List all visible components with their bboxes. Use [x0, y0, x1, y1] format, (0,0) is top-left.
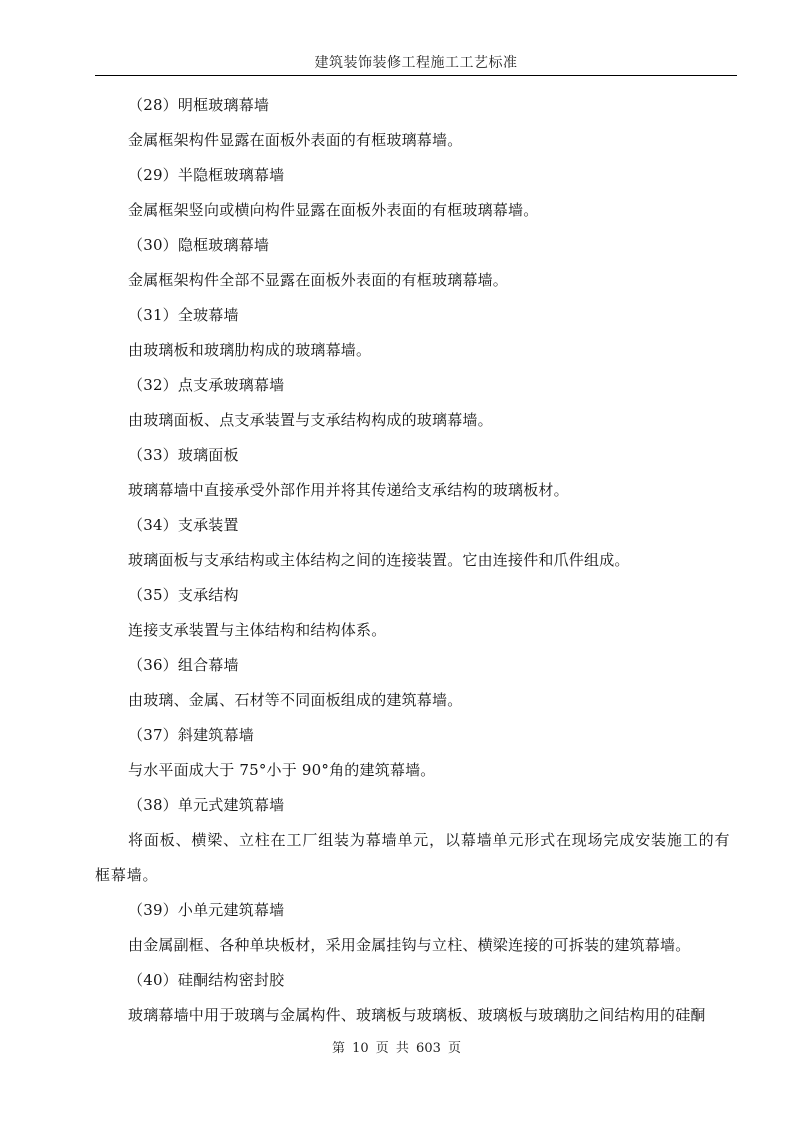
term-heading-40: （40）硅酮结构密封胶	[95, 963, 737, 998]
term-heading-37: （37）斜建筑幕墙	[95, 718, 737, 753]
term-definition-28: 金属框架构件显露在面板外表面的有框玻璃幕墙。	[95, 123, 737, 158]
term-heading-29: （29）半隐框玻璃幕墙	[95, 158, 737, 193]
term-heading-33: （33）玻璃面板	[95, 438, 737, 473]
term-definition-39: 由金属副框、各种单块板材，采用金属挂钩与立柱、横梁连接的可拆装的建筑幕墙。	[95, 928, 737, 963]
term-heading-38: （38）单元式建筑幕墙	[95, 788, 737, 823]
term-heading-36: （36）组合幕墙	[95, 648, 737, 683]
term-heading-31: （31）全玻幕墙	[95, 298, 737, 333]
term-definition-30: 金属框架构件全部不显露在面板外表面的有框玻璃幕墙。	[95, 263, 737, 298]
term-definition-34: 玻璃面板与支承结构或主体结构之间的连接装置。它由连接件和爪件组成。	[95, 543, 737, 578]
page-header-title: 建筑装饰装修工程施工工艺标准	[95, 54, 737, 76]
header-divider	[95, 75, 737, 76]
term-definition-40: 玻璃幕墙中用于玻璃与金属构件、玻璃板与玻璃板、玻璃板与玻璃肋之间结构用的硅酮	[95, 998, 737, 1033]
term-definition-38: 将面板、横梁、立柱在工厂组装为幕墙单元，以幕墙单元形式在现场完成安装施工的有框幕…	[95, 823, 737, 893]
document-body: （28）明框玻璃幕墙 金属框架构件显露在面板外表面的有框玻璃幕墙。 （29）半隐…	[95, 88, 737, 1033]
term-definition-31: 由玻璃板和玻璃肋构成的玻璃幕墙。	[95, 333, 737, 368]
term-heading-30: （30）隐框玻璃幕墙	[95, 228, 737, 263]
term-definition-32: 由玻璃面板、点支承装置与支承结构构成的玻璃幕墙。	[95, 403, 737, 438]
term-definition-37: 与水平面成大于 75°小于 90°角的建筑幕墙。	[95, 753, 737, 788]
term-heading-35: （35）支承结构	[95, 578, 737, 613]
term-heading-34: （34）支承装置	[95, 508, 737, 543]
term-definition-35: 连接支承装置与主体结构和结构体系。	[95, 613, 737, 648]
term-definition-29: 金属框架竖向或横向构件显露在面板外表面的有框玻璃幕墙。	[95, 193, 737, 228]
term-definition-33: 玻璃幕墙中直接承受外部作用并将其传递给支承结构的玻璃板材。	[95, 473, 737, 508]
term-heading-28: （28）明框玻璃幕墙	[95, 88, 737, 123]
term-heading-39: （39）小单元建筑幕墙	[95, 893, 737, 928]
page-number-footer: 第 10 页 共 603 页	[0, 1040, 793, 1058]
term-definition-36: 由玻璃、金属、石材等不同面板组成的建筑幕墙。	[95, 683, 737, 718]
term-heading-32: （32）点支承玻璃幕墙	[95, 368, 737, 403]
